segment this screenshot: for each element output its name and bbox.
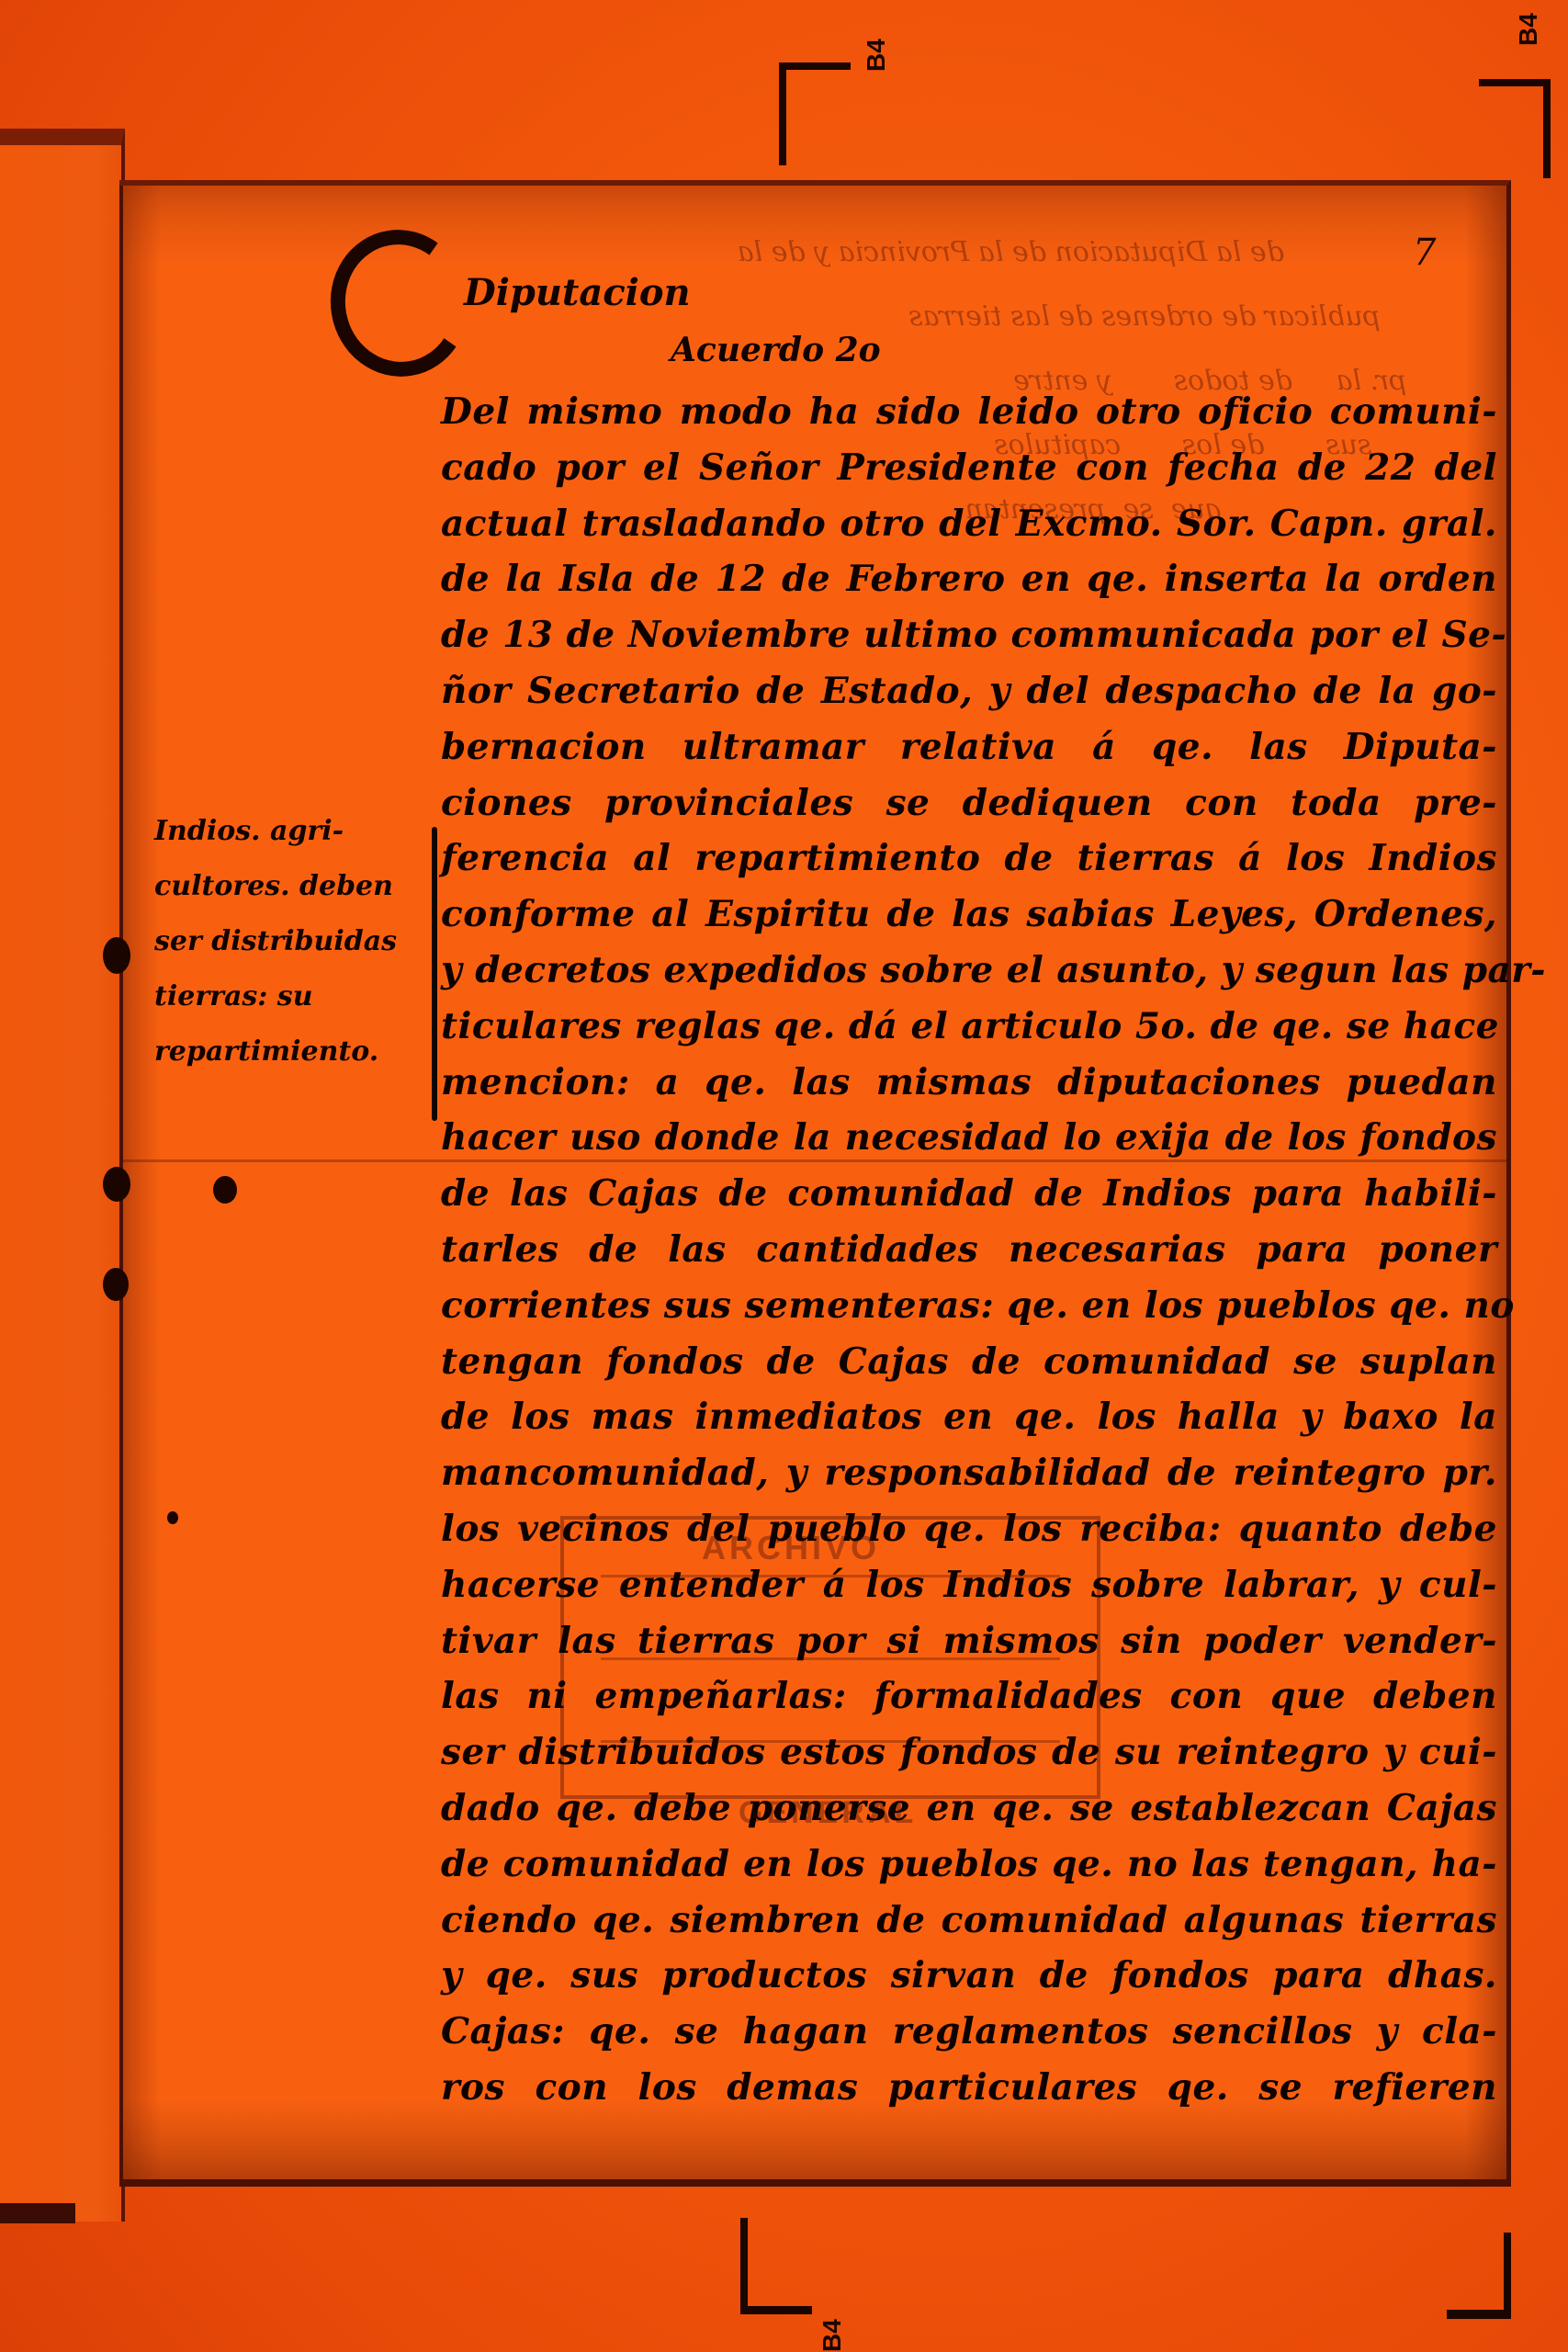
body-line: ticulares reglas qe. dá el articulo 5o. …	[441, 999, 1497, 1055]
body-line: los vecinos del pueblo qe. los reciba: q…	[441, 1501, 1497, 1557]
body-line: mencion: a qe. las mismas diputaciones p…	[441, 1055, 1497, 1111]
margin-note: Indios. agri- cultores. deben ser distri…	[154, 804, 434, 1080]
body-line: ferencia al repartimiento de tierras á l…	[441, 831, 1497, 887]
margin-note-line: ser distribuidas	[154, 914, 434, 969]
binding-hole	[103, 937, 130, 974]
body-line: tivar las tierras por si mismos sin pode…	[441, 1613, 1497, 1669]
adjacent-page-shadow	[0, 2203, 75, 2223]
registration-mark-top-left	[779, 62, 851, 165]
body-line: de la Isla de 12 de Febrero en qe. inser…	[441, 551, 1497, 607]
body-line: de comunidad en los pueblos qe. no las t…	[441, 1837, 1497, 1893]
binding-hole	[103, 1167, 130, 1202]
body-line: bernacion ultramar relativa á qe. las Di…	[441, 719, 1497, 775]
registration-mark-bottom-left	[740, 2218, 812, 2314]
body-line: Cajas: qe. se hagan reglamentos sencillo…	[441, 2004, 1497, 2060]
margin-note-line: Indios. agri-	[154, 804, 434, 859]
page-number: 7	[1413, 232, 1436, 274]
body-line: y decretos expedidos sobre el asunto, y …	[441, 943, 1497, 999]
registration-mark-bottom-right	[1447, 2233, 1511, 2319]
body-line: dado qe. debe ponerse en qe. se establez…	[441, 1781, 1497, 1837]
body-line: hacer uso donde la necesidad lo exija de…	[441, 1110, 1497, 1166]
body-line: conforme al Espiritu de las sabias Leyes…	[441, 887, 1497, 943]
binding-hole	[103, 1268, 129, 1301]
body-line: Del mismo modo ha sido leido otro oficio…	[441, 384, 1497, 440]
margin-note-line: tierras: su	[154, 969, 434, 1024]
body-line: y qe. sus productos sirvan de fondos par…	[441, 1948, 1497, 2004]
body-line: ciendo qe. siembren de comunidad algunas…	[441, 1893, 1497, 1949]
body-line: tarles de las cantidades necesarias para…	[441, 1222, 1497, 1278]
body-line: ñor Secretario de Estado, y del despacho…	[441, 663, 1497, 719]
body-line: cado por el Señor Presidente con fecha d…	[441, 440, 1497, 496]
margin-bracket	[432, 827, 437, 1121]
registration-label-bottom-left: B4	[818, 2319, 847, 2352]
margin-note-line: cultores. deben	[154, 859, 434, 914]
binding-hole	[213, 1176, 237, 1204]
body-line: ros con los demas particulares qe. se re…	[441, 2060, 1497, 2116]
body-line: de los mas inmediatos en qe. los halla y…	[441, 1389, 1497, 1445]
body-line: mancomunidad, y responsabilidad de reint…	[441, 1445, 1497, 1501]
heading-title: Diputacion	[464, 271, 691, 314]
body-line: actual trasladando otro del Excmo. Sor. …	[441, 496, 1497, 552]
registration-mark-top-right	[1479, 79, 1551, 178]
heading-subtitle: Acuerdo 2o	[671, 331, 881, 369]
margin-note-line: repartimiento.	[154, 1024, 434, 1080]
manuscript-body: Del mismo modo ha sido leido otro oficio…	[441, 384, 1497, 2116]
body-line: corrientes sus sementeras: qe. en los pu…	[441, 1278, 1497, 1334]
body-line: hacerse entender á los Indios sobre labr…	[441, 1557, 1497, 1613]
registration-label-top-right: B4	[1514, 13, 1543, 46]
body-line: ciones provinciales se dediquen con toda…	[441, 775, 1497, 831]
body-line: tengan fondos de Cajas de comunidad se s…	[441, 1334, 1497, 1390]
registration-label-top-left: B4	[862, 39, 891, 72]
ink-dot	[167, 1511, 178, 1524]
body-line: de las Cajas de comunidad de Indios para…	[441, 1166, 1497, 1222]
body-line: de 13 de Noviembre ultimo communicada po…	[441, 607, 1497, 663]
body-line: las ni empeñarlas: formalidades con que …	[441, 1668, 1497, 1724]
body-line: ser distribuidos estos fondos de su rein…	[441, 1724, 1497, 1781]
